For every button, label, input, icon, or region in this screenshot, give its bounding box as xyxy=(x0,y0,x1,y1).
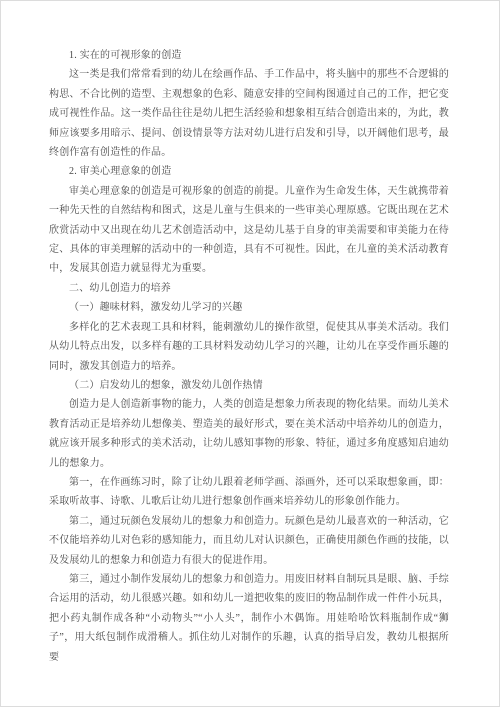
numbered-heading: 2. 审美心理意象的创造 xyxy=(49,162,449,181)
sub-heading: （一）趣味材料，激发幼儿学习的兴趣 xyxy=(49,298,449,317)
body-paragraph: 第二，通过玩颜色发展幼儿的想象力和创造力。玩颜色是幼儿最喜欢的一种活动，它不仅能… xyxy=(49,512,449,570)
section-heading: 二、幼儿创造力的培养 xyxy=(49,279,449,298)
numbered-heading: 1. 实在的可视形象的创造 xyxy=(49,46,449,65)
body-paragraph: 多样化的艺术表现工具和材料，能刺激幼儿的操作欲望，促使其从事美术活动。我们从幼儿… xyxy=(49,318,449,376)
body-paragraph: 创造力是人创造新事物的能力，人类的创造是想象力所表现的物化结果。而幼儿美术教育活… xyxy=(49,395,449,473)
body-paragraph: 审美心理意象的创造是可视形象的创造的前提。儿童作为生命发生体，天生就携带着一种先… xyxy=(49,182,449,279)
body-paragraph: 第三，通过小制作发展幼儿的想象力和创造力。用废旧材料自制玩具是眼、脑、手综合运用… xyxy=(49,570,449,667)
document-text-block: 1. 实在的可视形象的创造这一类是我们常常看到的幼儿在绘画作品、手工作品中，将头… xyxy=(49,46,449,667)
body-paragraph: 这一类是我们常常看到的幼儿在绘画作品、手工作品中，将头脑中的那些不合逻辑的构思、… xyxy=(49,65,449,162)
document-page: 1. 实在的可视形象的创造这一类是我们常常看到的幼儿在绘画作品、手工作品中，将头… xyxy=(0,0,500,707)
sub-heading: （二）启发幼儿的想象，激发幼儿创作热情 xyxy=(49,376,449,395)
body-paragraph: 第一，在作画练习时，除了让幼儿跟着老师学画、添画外，还可以采取想象画，即：采取听… xyxy=(49,473,449,512)
